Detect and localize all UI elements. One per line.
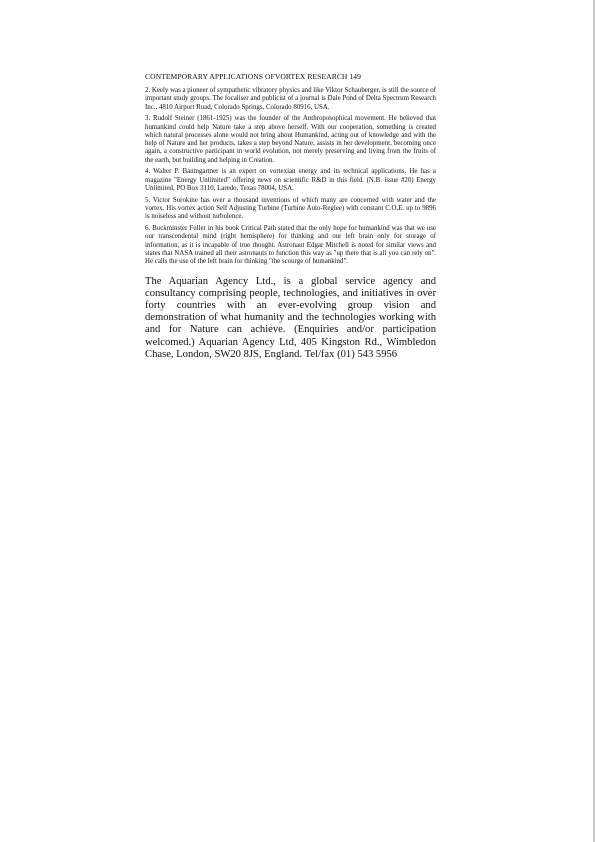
endnote-3: 3. Rudolf Steiner (1861-1925) was the fo…: [145, 115, 436, 165]
running-header: CONTEMPORARY APPLICATIONS OFVORTEX RESEA…: [145, 72, 436, 81]
endnote-6: 6. Buckminster Fuller in his book Critic…: [145, 225, 436, 266]
page-content: CONTEMPORARY APPLICATIONS OFVORTEX RESEA…: [145, 72, 436, 361]
agency-paragraph: The Aquarian Agency Ltd., is a global se…: [145, 276, 436, 361]
endnote-2: 2. Keely was a pioneer of sympathetic vi…: [145, 87, 436, 112]
endnote-5: 5. Victor Sorokine has over a thousand i…: [145, 197, 436, 222]
endnote-4: 4. Walter P. Baumgartner is an expert on…: [145, 168, 436, 193]
